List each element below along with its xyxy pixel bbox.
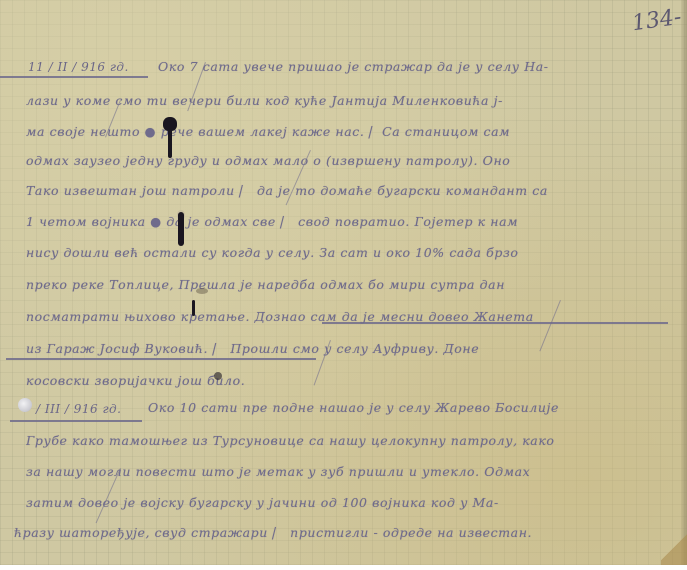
entry-line: из Гараж Јосиф Вуковић. ⎸ Прошли смо у с… [26, 334, 667, 364]
entry-line: посматрати њихово кретање. Дознао сам да… [26, 302, 667, 332]
entry-line: косовски зворијачки још било. [26, 366, 667, 396]
entry-line: ма своје нешто ● рече вашем лакеј каже н… [26, 117, 667, 147]
punch-hole [18, 398, 32, 412]
ink-drip [192, 300, 195, 316]
entry-line: Око 10 сати пре подне нашао је у селу Жа… [148, 393, 667, 423]
entry-line: за нашу могли повести што је метак у зуб… [26, 457, 667, 487]
page-number: 134- [631, 5, 683, 37]
date-underline [0, 76, 148, 78]
phrase-underline [6, 358, 316, 360]
entry-line: преко реке Топлице, Прешла је наредба од… [26, 270, 667, 300]
ink-smudge [196, 288, 208, 294]
manuscript-page: 134- 11 / II / 916 гд. Око 7 сата увече … [0, 0, 687, 565]
entry-line: затим довео је војску бугарску у јачини … [26, 488, 667, 518]
entry-line: 1 четом војника ● да је одмах све ⎸ свод… [26, 207, 667, 237]
date-underline [10, 420, 142, 422]
entry-line: лази у коме смо ти вечери били код куће … [26, 86, 667, 116]
ink-drip [178, 212, 184, 246]
entry-line: Грубе како тамошњег из Турсуновице са на… [26, 426, 667, 456]
entry-line: Око 7 сата увече пришао је стражар да је… [158, 52, 667, 82]
entry-date: / III / 916 гд. [36, 402, 121, 416]
ink-smudge [214, 372, 222, 380]
page-edge [681, 0, 687, 565]
entry-line: нису дошли већ остали су когда у селу. З… [26, 238, 667, 268]
entry-line: Тако извештан још патроли ⎸ да је то дом… [26, 176, 667, 206]
phrase-underline [322, 322, 668, 324]
entry-line: одмах заузео једну груду и одмах мало о … [26, 146, 667, 176]
ink-drip [168, 128, 172, 158]
entry-line: ћразу шатоређује, свуд стражари ⎸ присти… [14, 518, 667, 548]
entry-date: 11 / II / 916 гд. [28, 60, 129, 74]
